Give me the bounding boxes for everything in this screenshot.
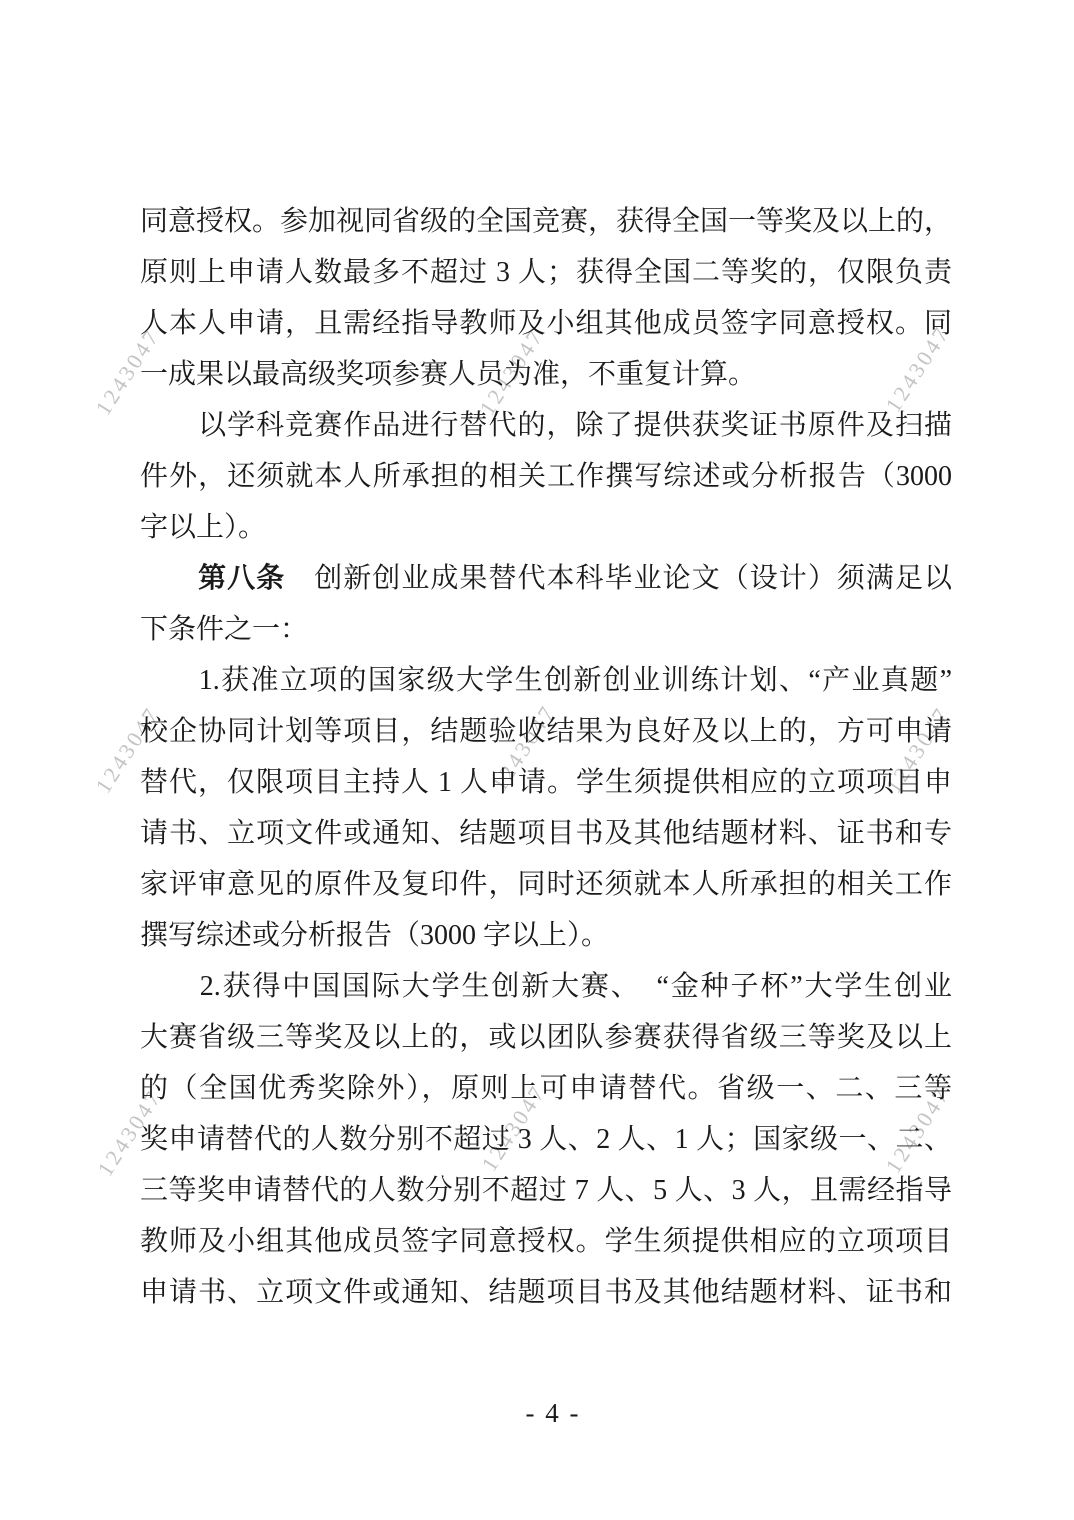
text-line: 撰写综述或分析报告（3000 字以上）。 (140, 910, 952, 961)
text-line: 教师及小组其他成员签字同意授权。学生须提供相应的立项项目 (140, 1216, 952, 1267)
text-line: 大赛省级三等奖及以上的，或以团队参赛获得省级三等奖及以上 (140, 1012, 952, 1063)
text-line-article-heading: 第八条 创新创业成果替代本科毕业论文（设计）须满足以 (140, 553, 952, 604)
text-line: 1.获准立项的国家级大学生创新创业训练计划、“产业真题” (140, 655, 952, 706)
text-line: 原则上申请人数最多不超过 3 人；获得全国二等奖的，仅限负责 (140, 247, 952, 298)
text-line: 替代，仅限项目主持人 1 人申请。学生须提供相应的立项项目申 (140, 757, 952, 808)
text-line: 请书、立项文件或通知、结题项目书及其他结题材料、证书和专 (140, 808, 952, 859)
text-line: 人本人申请，且需经指导教师及小组其他成员签字同意授权。同 (140, 298, 952, 349)
text-line: 的（全国优秀奖除外），原则上可申请替代。省级一、二、三等 (140, 1063, 952, 1114)
text-line: 三等奖申请替代的人数分别不超过 7 人、5 人、3 人，且需经指导 (140, 1165, 952, 1216)
text-line: 家评审意见的原件及复印件，同时还须就本人所承担的相关工作 (140, 859, 952, 910)
article-number-label: 第八条 (140, 563, 285, 594)
document-body: 同意授权。参加视同省级的全国竞赛，获得全国一等奖及以上的， 原则上申请人数最多不… (140, 196, 952, 1318)
text-line: 下条件之一： (140, 604, 952, 655)
text-line: 校企协同计划等项目，结题验收结果为良好及以上的，方可申请 (140, 706, 952, 757)
text-line: 一成果以最高级奖项参赛人员为准，不重复计算。 (140, 349, 952, 400)
page-number: - 4 - (0, 1398, 1074, 1429)
article-heading-text: 创新创业成果替代本科毕业论文（设计）须满足以 (285, 563, 952, 594)
text-line: 字以上）。 (140, 502, 952, 553)
document-page: 1243047 1243047 1243047 1243047 1243047 … (0, 0, 1074, 1520)
text-line: 奖申请替代的人数分别不超过 3 人、2 人、1 人；国家级一、二、 (140, 1114, 952, 1165)
text-line: 申请书、立项文件或通知、结题项目书及其他结题材料、证书和 (140, 1267, 952, 1318)
text-line: 以学科竞赛作品进行替代的，除了提供获奖证书原件及扫描 (140, 400, 952, 451)
text-line: 2.获得中国国际大学生创新大赛、 “金种子杯”大学生创业 (140, 961, 952, 1012)
text-line: 同意授权。参加视同省级的全国竞赛，获得全国一等奖及以上的， (140, 196, 952, 247)
text-line: 件外，还须就本人所承担的相关工作撰写综述或分析报告（3000 (140, 451, 952, 502)
